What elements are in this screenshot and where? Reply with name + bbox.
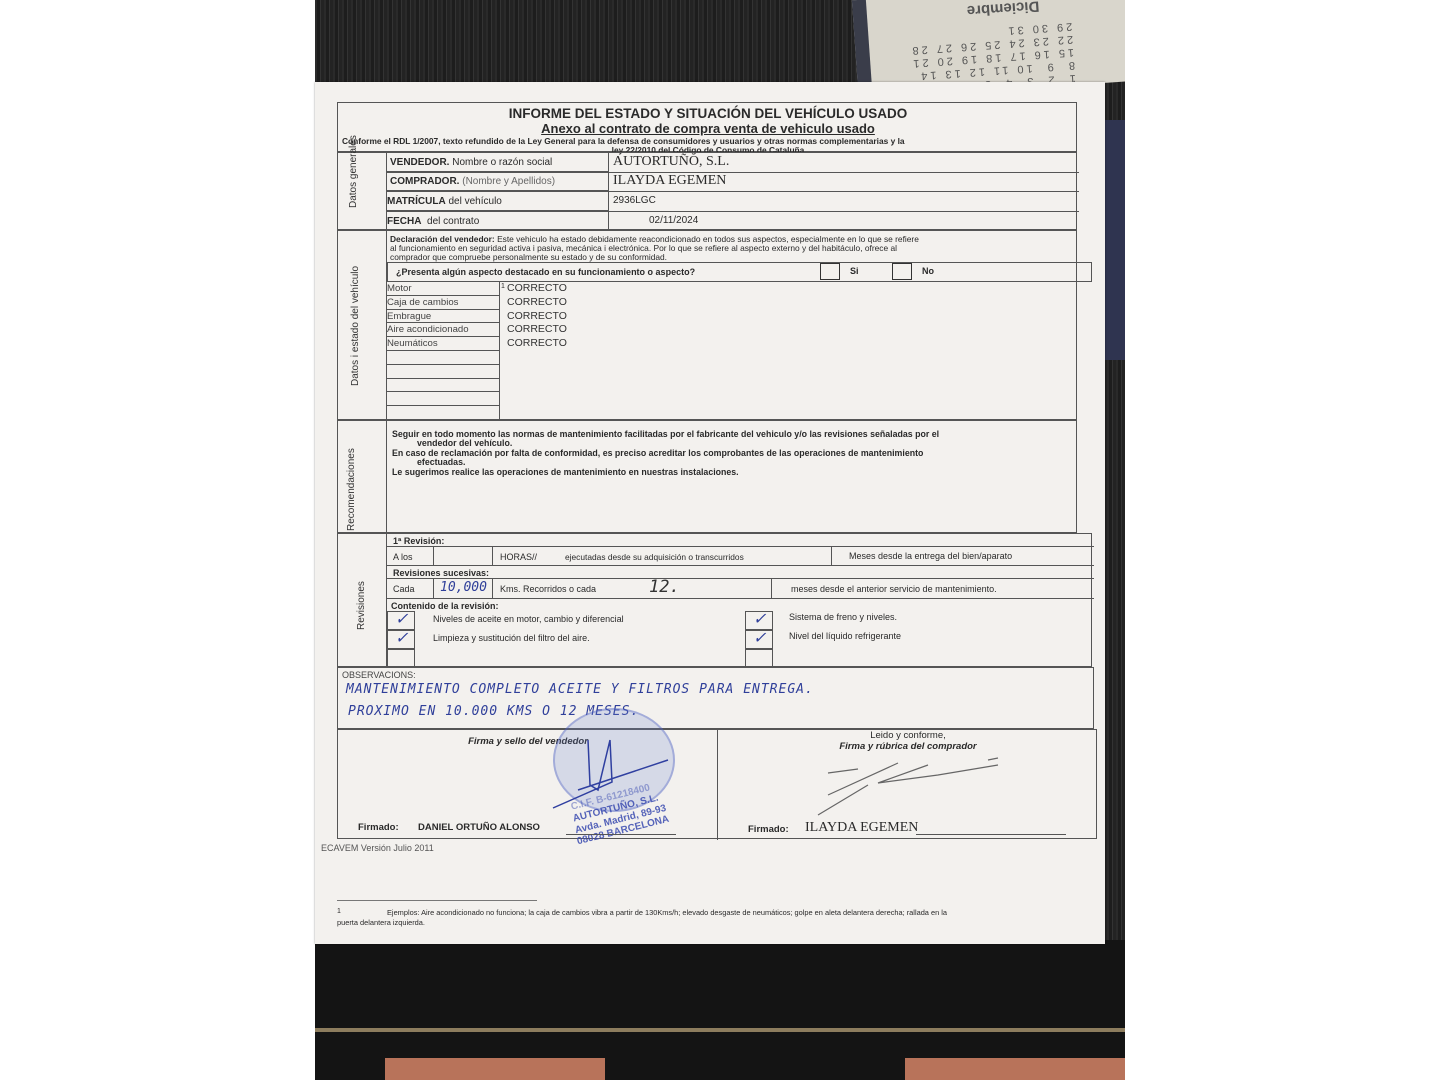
vendedor-label-text: Nombre o razón social bbox=[452, 157, 552, 168]
estado-item-name: Embrague bbox=[387, 311, 431, 322]
comprador-label-text: (Nombre y Apellidos) bbox=[462, 176, 555, 187]
section-label-estado: Datos i estado del vehículo bbox=[350, 266, 361, 386]
document-title: INFORME DEL ESTADO Y SITUACIÓN DEL VEHÍC… bbox=[338, 106, 1078, 121]
footnote-number: 1 bbox=[337, 908, 341, 915]
datos-generales-table: VENDEDOR. Nombre o razón social AUTORTUÑ… bbox=[386, 153, 1078, 231]
check-mark-icon: ✓ bbox=[395, 631, 408, 647]
revision-check-label: Sistema de freno y niveles. bbox=[789, 612, 897, 622]
floor-patch bbox=[385, 1058, 605, 1080]
check-mark-icon: ✓ bbox=[753, 631, 766, 647]
primera-revision-label: 1ª Revisión: bbox=[393, 536, 444, 546]
comprador-label-cell: COMPRADOR. (Nombre y Apellidos) bbox=[387, 172, 609, 191]
estado-content: Declaración del vendedor: Este vehiculo … bbox=[386, 231, 1078, 421]
option-si-label: Si bbox=[850, 266, 859, 276]
revisiones-content: 1ª Revisión: A los HORAS// ejecutadas de… bbox=[386, 534, 1093, 668]
section-label-revisiones: Revisiones bbox=[356, 581, 367, 630]
ejecutadas-label: ejecutadas desde su adquisición o transc… bbox=[565, 552, 744, 562]
floor-patch bbox=[905, 1058, 1125, 1080]
estado-item-row: MotorCORRECTO bbox=[387, 282, 500, 296]
meses-entrega-label: Meses desde la entrega del bien/aparato bbox=[849, 551, 1012, 561]
datos-generales-section: Datos generales VENDEDOR. Nombre o razón… bbox=[337, 152, 1077, 230]
recomendaciones-section: Recomendaciones Seguir en todo momento l… bbox=[337, 420, 1077, 533]
recomendacion-2: En caso de reclamación por falta de conf… bbox=[392, 448, 923, 458]
recomendacion-2b: efectuadas. bbox=[417, 457, 465, 467]
comprador-value[interactable]: ILAYDA EGEMEN bbox=[613, 173, 726, 189]
estado-item-row bbox=[387, 365, 500, 379]
check-mark-icon: ✓ bbox=[753, 612, 766, 628]
section-label-datos-generales: Datos generales bbox=[348, 148, 359, 208]
comprador-label-bold: COMPRADOR. bbox=[390, 176, 459, 187]
primera-revision-row: A los HORAS// ejecutadas desde su adquis… bbox=[387, 546, 1094, 566]
revision-check-label: Nivel del líquido refrigerante bbox=[789, 631, 901, 641]
firmas-section: Firma y sello del vendedor C.I.F. B-6121… bbox=[337, 729, 1097, 839]
matricula-label: MATRÍCULA del vehículo bbox=[387, 196, 502, 207]
estado-item-value[interactable]: CORRECTO bbox=[507, 296, 567, 308]
estado-item-row: NeumáticosCORRECTO bbox=[387, 337, 500, 351]
cell-divider bbox=[771, 579, 772, 598]
fecha-label-bold: FECHA bbox=[387, 216, 421, 227]
estado-item-value[interactable]: CORRECTO bbox=[507, 323, 567, 335]
estado-item-value[interactable]: CORRECTO bbox=[507, 310, 567, 322]
revision-checkbox[interactable]: ✓ bbox=[387, 630, 415, 649]
binder-strip bbox=[1105, 120, 1125, 360]
fecha-label: FECHA del contrato bbox=[387, 216, 479, 227]
estado-item-name: Motor bbox=[387, 283, 412, 294]
estado-item-name: Aire acondicionado bbox=[387, 324, 469, 335]
fecha-label-cell: FECHA del contrato bbox=[387, 211, 609, 231]
section-label-recomendaciones: Recomendaciones bbox=[346, 448, 357, 531]
document-page: INFORME DEL ESTADO Y SITUACIÓN DEL VEHÍC… bbox=[315, 82, 1105, 944]
matricula-label-text: del vehículo bbox=[448, 196, 501, 207]
revision-check-label: Niveles de aceite en motor, cambio y dif… bbox=[433, 614, 624, 624]
form-version: ECAVEM Versión Julio 2011 bbox=[321, 843, 434, 853]
estado-column-divider bbox=[499, 282, 500, 421]
firma-comprador-box: Leido y conforme, Firma y rúbrica del co… bbox=[718, 730, 1098, 840]
cada-meses-value[interactable]: 12. bbox=[649, 577, 680, 597]
fecha-label-text: del contrato bbox=[427, 216, 479, 227]
estado-section: Datos i estado del vehículo Declaración … bbox=[337, 230, 1077, 420]
matricula-value[interactable]: 2936LGC bbox=[613, 195, 656, 206]
signature-line bbox=[566, 834, 676, 835]
vendedor-firmado-label: Firmado: bbox=[358, 822, 399, 833]
firma-vendedor-box: Firma y sello del vendedor C.I.F. B-6121… bbox=[338, 730, 718, 840]
recomendaciones-content: Seguir en todo momento las normas de man… bbox=[386, 421, 1078, 534]
estado-item-row bbox=[387, 351, 500, 365]
meses-anterior-label: meses desde el anterior servicio de mant… bbox=[791, 584, 997, 594]
revision-checkbox[interactable]: ✓ bbox=[387, 611, 415, 630]
vendedor-value[interactable]: AUTORTUÑO, S.L. bbox=[613, 154, 729, 170]
vendedor-label-cell: VENDEDOR. Nombre o razón social bbox=[387, 153, 609, 172]
estado-item-row: EmbragueCORRECTO bbox=[387, 310, 500, 324]
cada-km-value: 10,000 bbox=[440, 580, 487, 595]
horas-label: HORAS// bbox=[500, 552, 537, 562]
estado-item-name: Caja de cambios bbox=[387, 297, 458, 308]
vendedor-firmado-name: DANIEL ORTUÑO ALONSO bbox=[418, 822, 540, 833]
document-subtitle: Anexo al contrato de compra venta de veh… bbox=[338, 121, 1078, 136]
calendar-month: Diciembre bbox=[966, 0, 1040, 19]
footnote-line-2: puerta delantera izquierda. bbox=[337, 918, 425, 927]
comprador-label: COMPRADOR. (Nombre y Apellidos) bbox=[390, 176, 555, 187]
observaciones-section: OBSERVACIONS: MANTENIMIENTO COMPLETO ACE… bbox=[337, 667, 1094, 729]
comprador-firmado-name: ILAYDA EGEMEN bbox=[805, 820, 918, 836]
footnote-line-1: Ejemplos: Aire acondicionado no funciona… bbox=[387, 908, 947, 917]
matricula-label-cell: MATRÍCULA del vehículo bbox=[387, 191, 609, 211]
estado-item-row bbox=[387, 392, 500, 406]
estado-item-row: Caja de cambiosCORRECTO bbox=[387, 296, 500, 310]
table-edge bbox=[315, 940, 1125, 1080]
a-los-field[interactable] bbox=[433, 547, 493, 565]
estado-item-row bbox=[387, 379, 500, 393]
cell-divider bbox=[831, 547, 832, 565]
revision-checkbox[interactable] bbox=[387, 649, 415, 668]
comprador-signature bbox=[798, 755, 1018, 825]
revision-checkbox[interactable] bbox=[745, 649, 773, 668]
sucesivas-row: Cada 10,000 Kms. Recorridos o cada 12. m… bbox=[387, 578, 1094, 599]
footnote-divider bbox=[337, 900, 537, 901]
recomendacion-1b: vendedor del vehículo. bbox=[417, 438, 512, 448]
revision-checkbox[interactable]: ✓ bbox=[745, 630, 773, 649]
table-edge-line bbox=[315, 1028, 1125, 1032]
estado-item-row bbox=[387, 406, 500, 420]
firma-comprador-heading-2: Firma y rúbrica del comprador bbox=[718, 741, 1098, 752]
recomendacion-3: Le sugerimos realice las operaciones de … bbox=[392, 467, 739, 477]
fecha-value[interactable]: 02/11/2024 bbox=[649, 215, 698, 226]
comprador-firmado-label: Firmado: bbox=[748, 824, 789, 835]
cada-label: Cada bbox=[393, 584, 415, 594]
footnote-mark: 1 bbox=[501, 283, 505, 290]
vendedor-label: VENDEDOR. Nombre o razón social bbox=[390, 157, 552, 168]
observaciones-label: OBSERVACIONS: bbox=[342, 670, 416, 680]
cada-km-field[interactable]: 10,000 bbox=[433, 579, 493, 598]
vendedor-label-bold: VENDEDOR. bbox=[390, 157, 449, 168]
firma-comprador-heading-1: Leido y conforme, bbox=[718, 730, 1098, 741]
check-mark-icon: ✓ bbox=[395, 612, 408, 628]
checkbox-si[interactable] bbox=[820, 263, 840, 280]
a-los-label: A los bbox=[393, 552, 413, 562]
estado-item-row: Aire acondicionadoCORRECTO bbox=[387, 323, 500, 337]
revision-checkbox[interactable]: ✓ bbox=[745, 611, 773, 630]
question-text: ¿Presenta algún aspecto destacado en su … bbox=[396, 267, 695, 277]
matricula-label-bold: MATRÍCULA bbox=[387, 196, 446, 207]
estado-item-value[interactable]: CORRECTO bbox=[507, 282, 567, 294]
header-box: INFORME DEL ESTADO Y SITUACIÓN DEL VEHÍC… bbox=[337, 102, 1077, 152]
estado-item-value[interactable]: CORRECTO bbox=[507, 337, 567, 349]
question-row: ¿Presenta algún aspecto destacado en su … bbox=[387, 262, 1092, 282]
estado-item-name: Neumáticos bbox=[387, 338, 438, 349]
observaciones-line-1[interactable]: MANTENIMIENTO COMPLETO ACEITE Y FILTROS … bbox=[346, 682, 814, 697]
signature-line bbox=[916, 834, 1066, 835]
kms-recorridos-label: Kms. Recorridos o cada bbox=[500, 584, 596, 594]
checkbox-no[interactable] bbox=[892, 263, 912, 280]
revision-check-label: Limpieza y sustitución del filtro del ai… bbox=[433, 633, 590, 643]
contenido-label: Contenido de la revisión: bbox=[391, 601, 499, 611]
option-no-label: No bbox=[922, 266, 934, 276]
declaracion-line-3: comprador que compruebe personalmente su… bbox=[390, 252, 667, 262]
sucesivas-label: Revisiones sucesivas: bbox=[393, 568, 489, 578]
revisiones-section: Revisiones 1ª Revisión: A los HORAS// ej… bbox=[337, 533, 1092, 667]
